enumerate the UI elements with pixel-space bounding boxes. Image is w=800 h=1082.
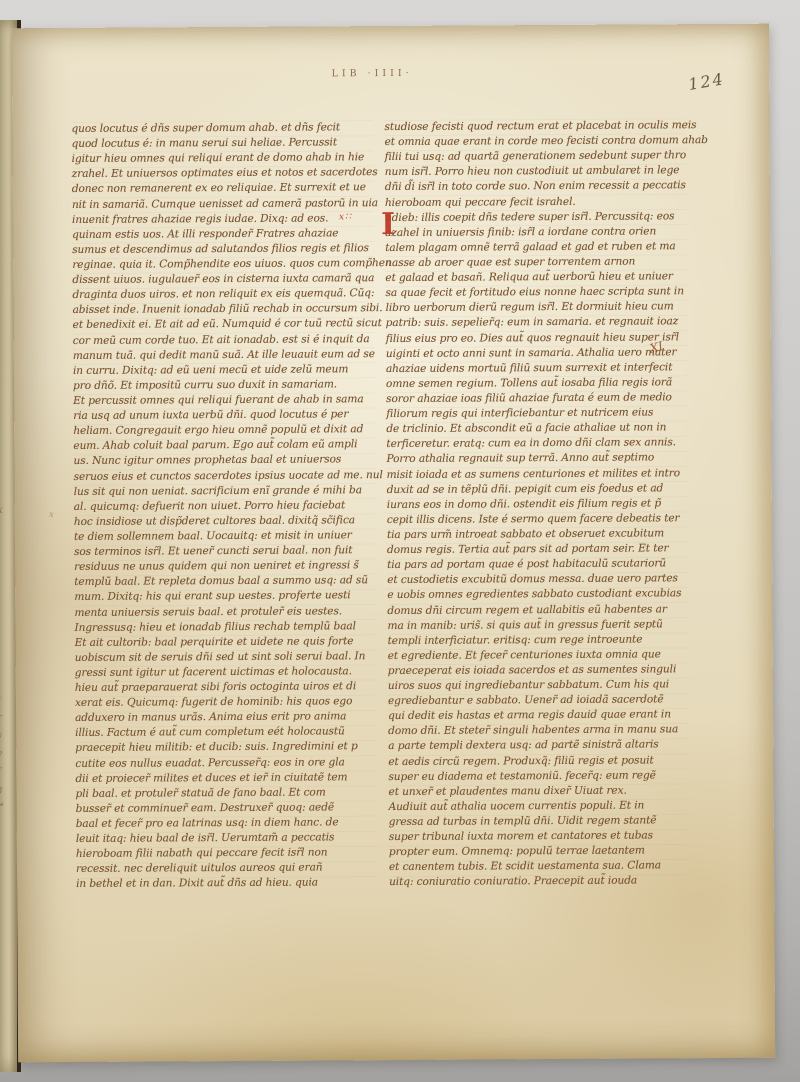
text-line: azahel in uniuersis finib: isr̃l a iorda… <box>385 224 687 241</box>
edge-mark: ʒ <box>0 784 8 796</box>
text-line: ma in manib: uris̃. si quis aut̃ in gres… <box>387 617 689 634</box>
text-line: Et ait cultorib: baal perquirite et uide… <box>75 634 377 651</box>
edge-mark: ؞ <box>0 802 8 814</box>
edge-mark: r <box>0 712 8 724</box>
chapter-initial-rubric: I <box>381 210 388 239</box>
text-line: mum. Dixitq: his qui erant sup uestes. p… <box>74 588 376 605</box>
text-line: e uobis omnes egredientes sabbato custod… <box>387 587 689 604</box>
text-line: ahaziae uidens mortuũ filiũ suum surrexi… <box>386 360 688 377</box>
text-line: leuit itaq: hieu baal de isr̃l. Uerumtam… <box>76 830 378 847</box>
text-column-left: quos locutus é dñs super domum ahab. et … <box>71 120 378 892</box>
chapter-mark-x-rubric: x∷ <box>339 212 352 222</box>
text-line: cutite eos nullus euadat. Percusser̃q: e… <box>75 755 377 772</box>
text-line: nit in samariã. Cumque uenisset ad camer… <box>72 196 374 213</box>
text-line: Porro athalia regnauit sup terrã. Anno a… <box>386 451 688 468</box>
text-line: dii et proiecer̃ milites et duces et ier… <box>75 770 377 787</box>
text-line: menta uniuersis seruis baal. et protuler… <box>74 604 376 621</box>
text-line: in bethel et in dan. Dixit aut̃ dñs ad h… <box>76 876 378 893</box>
text-line: talem plagam omnẽ terrã galaad et gad et… <box>385 239 687 256</box>
text-line: super eu diadema et testamoniũ. fecer̃q:… <box>388 768 690 785</box>
edge-mark: s <box>0 730 8 742</box>
text-line: super tribunal iuxta morem et cantatores… <box>389 828 691 845</box>
text-line: et aedis circũ regem. Produxq̃: filiũ re… <box>388 753 690 770</box>
text-line: domus dñi circum regem et uallabitis eũ … <box>387 602 689 619</box>
edge-mark: e <box>0 748 8 760</box>
text-line: cor meũ cum corde tuo. Et ait ionadab. e… <box>73 332 375 349</box>
previous-page-edge-mark: x <box>0 505 3 516</box>
text-line: iurans eos in domo dñi. ostendit eis fil… <box>387 496 689 513</box>
text-line: lus sit qui non ueniat. sacrificium enĩ … <box>74 483 376 500</box>
text-line: quinam estis uos. At illi responder̃ Fra… <box>72 226 374 243</box>
edge-mark: t <box>0 694 8 706</box>
edge-marginalia: trsefʒ؞ <box>0 695 10 814</box>
text-line: hoc insidiose ut disp̃deret cultores baa… <box>74 513 376 530</box>
text-line: et benedixit ei. Et ait ad eũ. Numquid é… <box>73 317 375 334</box>
manuscript-photograph: x trsefʒ؞ LIB ·IIII· 124 quos locutus é … <box>0 0 800 1082</box>
text-line: duxit ad se in tẽplũ dñi. pepigit cum ei… <box>387 481 689 498</box>
text-line: patrib: suis. sepelier̃q: eum in samaria… <box>386 315 688 332</box>
faint-margin-mark: x <box>48 510 55 521</box>
text-line: a parte templi dextera usq: ad partẽ sin… <box>388 738 690 755</box>
text-line: praecepit hieu militib: et ducib: suis. … <box>75 740 377 757</box>
text-line: et canentem tubis. Et scidit uestamenta … <box>389 859 691 876</box>
edge-mark: f <box>0 766 8 778</box>
running-title: LIB ·IIII· <box>312 68 432 80</box>
text-line: uiginti et octo anni sunt in samaria. At… <box>386 345 688 362</box>
text-line: cepit illis dicens. Iste é sermo quem fa… <box>387 511 689 528</box>
text-line: seruos eius et cunctos sacerdotes ipsius… <box>74 468 376 485</box>
text-line: donec non remanerent ex eo reliquiae. Et… <box>72 181 374 198</box>
text-line: us. Nunc igitur omnes prophetas baal et … <box>73 453 375 470</box>
text-line: uobiscum sit de seruis dñi sed ut sint s… <box>75 649 377 666</box>
text-column-right: studiose fecisti quod rectum erat et pla… <box>384 118 691 890</box>
text-line: misit ioiada et as sumens centuriones et… <box>387 466 689 483</box>
text-line: dñi d̃i isr̃l in toto corde suo. Non eni… <box>385 179 687 196</box>
folio-number: 124 <box>687 69 726 94</box>
text-line: al. quicumq: defuerit non uiuet. Porro h… <box>74 498 376 515</box>
text-line: manum tuã. qui dedit manũ suã. At ille l… <box>73 347 375 364</box>
manuscript-page: LIB ·IIII· 124 quos locutus é dñs super … <box>12 24 775 1063</box>
text-line: in curru. Dixitq: ad eũ ueni mecũ et uid… <box>73 362 375 379</box>
text-line: filius eius pro eo. Dies aut̃ quos regna… <box>386 330 688 347</box>
text-line: et egrediente. Et fecer̃ centuriones iux… <box>388 647 690 664</box>
text-line: uitq: coniuratio coniuratio. Praecepit a… <box>389 874 691 891</box>
text-line: Ingressusq: hieu et ionadab filius recha… <box>74 619 376 636</box>
text-line: ndieb: illis coepit dñs tedere super isr… <box>385 209 687 226</box>
